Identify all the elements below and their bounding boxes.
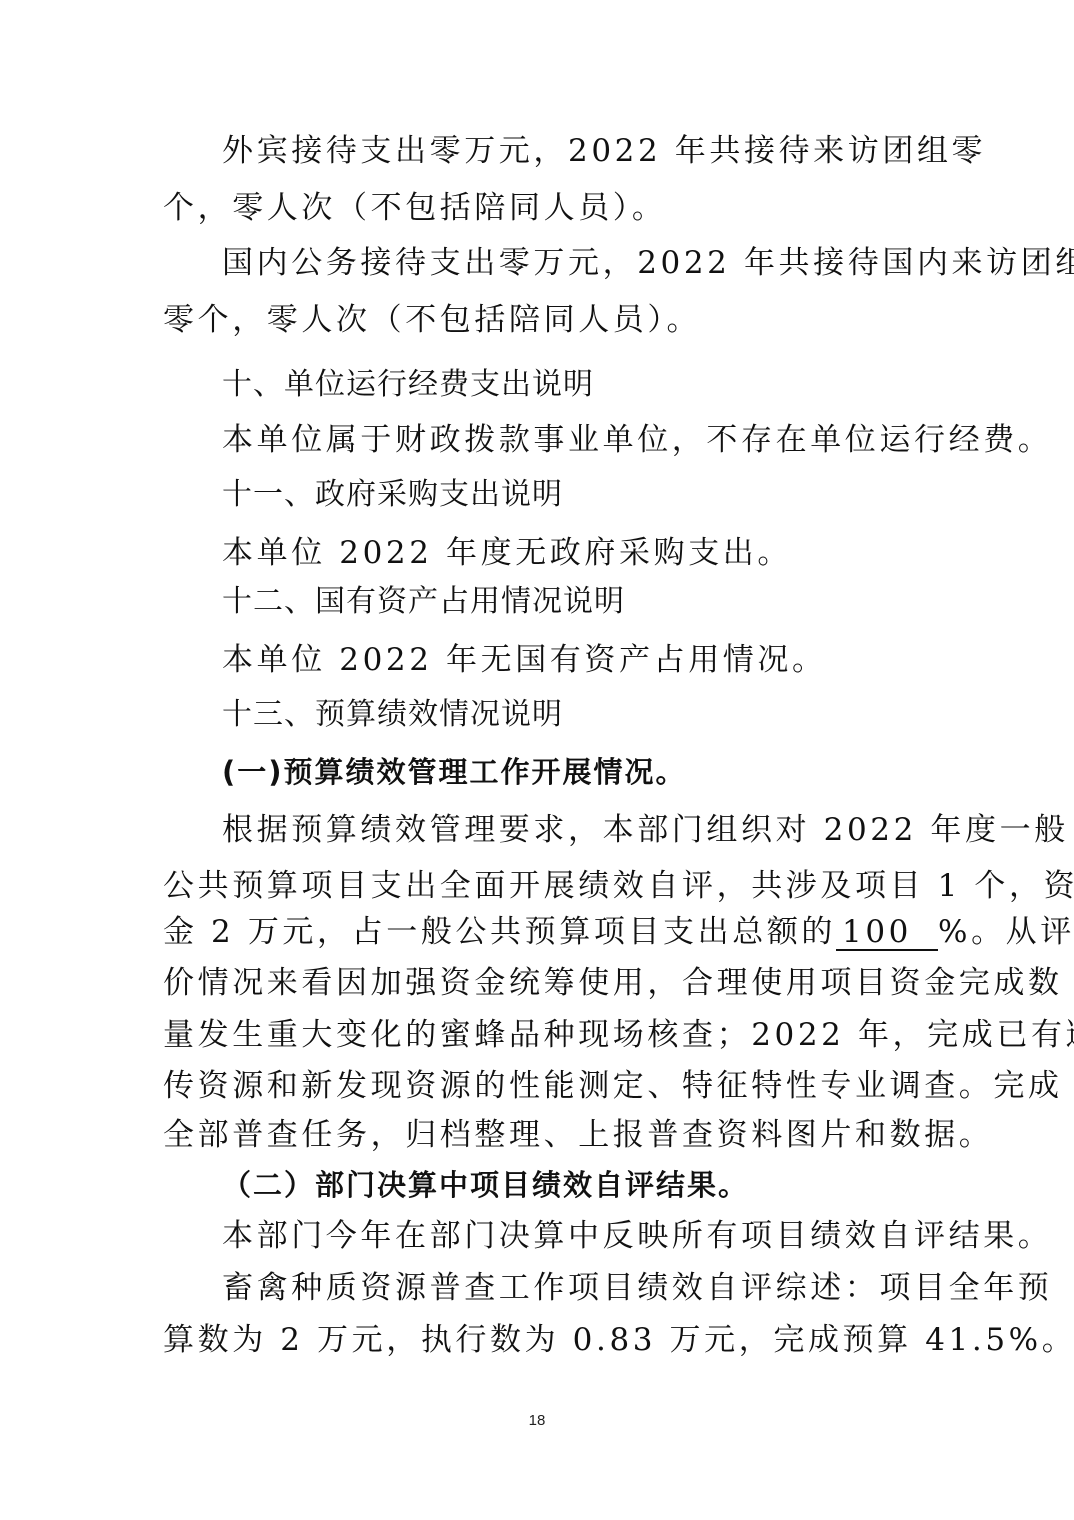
- paragraph-state-assets: 本单位 2022 年无国有资产占用情况。: [222, 640, 914, 680]
- subsection-heading-1: (一)预算绩效管理工作开展情况。: [222, 752, 914, 792]
- paragraph-project-summary-line-1: 畜禽种质资源普查工作项目绩效自评综述：项目全年预: [222, 1268, 914, 1308]
- paragraph-domestic-reception-line-1: 国内公务接待支出零万元，2022 年共接待国内来访团组: [222, 243, 914, 283]
- performance-line-3-after: %。从评: [938, 914, 1074, 950]
- paragraph-performance-line-5: 量发生重大变化的蜜蜂品种现场核查；2022 年，完成已有遗: [163, 1015, 913, 1055]
- paragraph-performance-line-1: 根据预算绩效管理要求，本部门组织对 2022 年度一般: [222, 810, 914, 850]
- paragraph-performance-line-4: 价情况来看因加强资金统筹使用，合理使用项目资金完成数: [163, 963, 913, 1003]
- paragraph-self-evaluation-results: 本部门今年在部门决算中反映所有项目绩效自评结果。: [222, 1216, 914, 1256]
- paragraph-performance-line-3: 金 2 万元，占一般公共预算项目支出总额的100%。从评: [163, 912, 913, 952]
- underlined-percentage-value: 100: [836, 915, 938, 951]
- document-page: 外宾接待支出零万元，2022 年共接待来访团组零 个，零人次（不包括陪同人员）。…: [0, 0, 1074, 1520]
- paragraph-domestic-reception-line-2: 零个，零人次（不包括陪同人员）。: [163, 300, 913, 340]
- paragraph-procurement: 本单位 2022 年度无政府采购支出。: [222, 533, 914, 573]
- section-heading-13: 十三、预算绩效情况说明: [222, 695, 914, 735]
- paragraph-operating-expenses: 本单位属于财政拨款事业单位，不存在单位运行经费。: [222, 420, 914, 460]
- paragraph-foreign-reception-line-1: 外宾接待支出零万元，2022 年共接待来访团组零: [222, 131, 914, 171]
- subsection-heading-2: （二）部门决算中项目绩效自评结果。: [222, 1165, 914, 1205]
- paragraph-performance-line-6: 传资源和新发现资源的性能测定、特征特性专业调查。完成: [163, 1066, 913, 1106]
- paragraph-foreign-reception-line-2: 个，零人次（不包括陪同人员）。: [163, 188, 913, 228]
- section-heading-11: 十一、政府采购支出说明: [222, 475, 914, 515]
- paragraph-performance-line-7: 全部普查任务，归档整理、上报普查资料图片和数据。: [163, 1115, 913, 1155]
- paragraph-performance-line-2: 公共预算项目支出全面开展绩效自评，共涉及项目 1 个，资: [163, 866, 913, 906]
- paragraph-project-summary-line-2: 算数为 2 万元，执行数为 0.83 万元，完成预算 41.5%。主: [163, 1320, 913, 1360]
- page-number: 18: [0, 1412, 1074, 1429]
- section-heading-12: 十二、国有资产占用情况说明: [222, 582, 914, 622]
- performance-line-3-before: 金 2 万元，占一般公共预算项目支出总额的: [163, 914, 836, 950]
- section-heading-10: 十、单位运行经费支出说明: [222, 365, 914, 405]
